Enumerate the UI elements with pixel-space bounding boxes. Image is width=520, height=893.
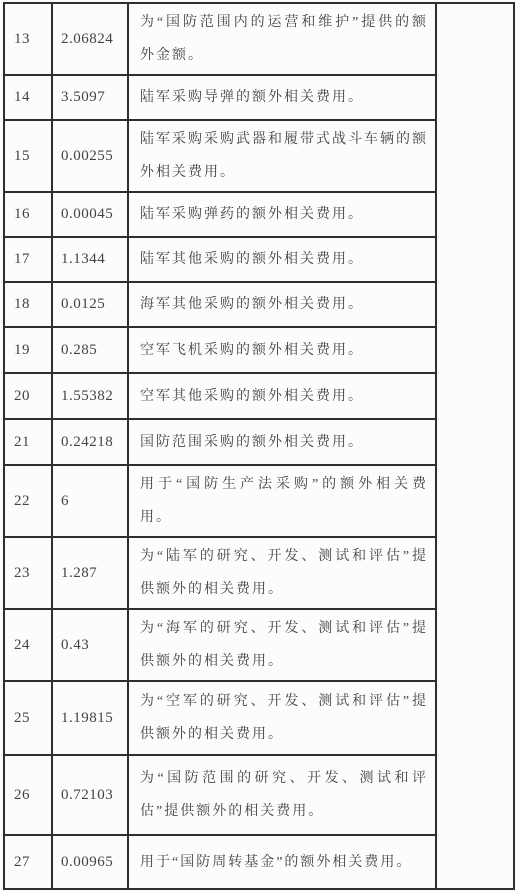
- description-cell: 为“海军的研究、开发、测试和评估”提供额外的相关费用。: [129, 610, 435, 680]
- row-number-cell: 21: [5, 420, 53, 464]
- description-cell: 海军其他采购的额外相关费用。: [129, 283, 435, 326]
- description-cell: 国防范围采购的额外相关费用。: [129, 420, 435, 464]
- description-text: 陆军其他采购的额外相关费用。: [140, 243, 428, 276]
- table-row-18: 18 0.0125 海军其他采购的额外相关费用。: [5, 283, 435, 328]
- table-row-24: 24 0.43 为“海军的研究、开发、测试和评估”提供额外的相关费用。: [5, 610, 435, 682]
- row-number-cell: 27: [5, 836, 53, 888]
- amount-cell: 0.00255: [53, 121, 129, 191]
- description-text: 用于“国防生产法采购”的额外相关费用。: [140, 468, 428, 534]
- table-row-19: 19 0.285 空军飞机采购的额外相关费用。: [5, 328, 435, 374]
- description-cell: 用于“国防周转基金”的额外相关费用。: [129, 836, 435, 888]
- description-text: 陆军采购导弹的额外相关费用。: [140, 81, 428, 114]
- description-text: 为“空军的研究、开发、测试和评估”提供额外的相关费用。: [140, 685, 428, 751]
- amount-cell: 0.00965: [53, 836, 129, 888]
- amount-cell: 0.285: [53, 328, 129, 372]
- table-row-14: 14 3.5097 陆军采购导弹的额外相关费用。: [5, 76, 435, 121]
- description-cell: 空军其他采购的额外相关费用。: [129, 374, 435, 418]
- row-number-cell: 19: [5, 328, 53, 372]
- description-cell: 陆军采购导弹的额外相关费用。: [129, 76, 435, 119]
- row-number-cell: 17: [5, 238, 53, 281]
- description-cell: 为“国防范围内的运营和维护”提供的额外金额。: [129, 4, 435, 74]
- amount-cell: 0.72103: [53, 756, 129, 834]
- description-cell: 空军飞机采购的额外相关费用。: [129, 328, 435, 372]
- row-number-cell: 14: [5, 76, 53, 119]
- empty-right-column: [437, 4, 513, 888]
- row-number-cell: 15: [5, 121, 53, 191]
- description-text: 陆军采购弹药的额外相关费用。: [140, 198, 428, 231]
- description-text: 陆军采购采购武器和履带式战斗车辆的额外相关费用。: [140, 123, 428, 189]
- row-number-cell: 13: [5, 4, 53, 74]
- table-row-26: 26 0.72103 为“国防范围的研究、开发、测试和评估”提供额外的相关费用。: [5, 756, 435, 836]
- data-table: 13 2.06824 为“国防范围内的运营和维护”提供的额外金额。 14 3.5…: [3, 2, 515, 890]
- description-text: 空军其他采购的额外相关费用。: [140, 380, 428, 413]
- description-text: 国防范围采购的额外相关费用。: [140, 426, 428, 459]
- table-row-22: 22 6 用于“国防生产法采购”的额外相关费用。: [5, 466, 435, 538]
- table-row-21: 21 0.24218 国防范围采购的额外相关费用。: [5, 420, 435, 466]
- description-text: 为“国防范围内的运营和维护”提供的额外金额。: [140, 6, 428, 72]
- amount-cell: 1.1344: [53, 238, 129, 281]
- amount-cell: 0.00045: [53, 193, 129, 236]
- amount-cell: 0.24218: [53, 420, 129, 464]
- table-row-16: 16 0.00045 陆军采购弹药的额外相关费用。: [5, 193, 435, 238]
- table-row-13: 13 2.06824 为“国防范围内的运营和维护”提供的额外金额。: [5, 4, 435, 76]
- description-cell: 为“国防范围的研究、开发、测试和评估”提供额外的相关费用。: [129, 756, 435, 834]
- description-cell: 陆军其他采购的额外相关费用。: [129, 238, 435, 281]
- row-number-cell: 26: [5, 756, 53, 834]
- description-cell: 为“空军的研究、开发、测试和评估”提供额外的相关费用。: [129, 682, 435, 754]
- row-number-cell: 16: [5, 193, 53, 236]
- row-number-cell: 18: [5, 283, 53, 326]
- table-row-25: 25 1.19815 为“空军的研究、开发、测试和评估”提供额外的相关费用。: [5, 682, 435, 756]
- table-row-17: 17 1.1344 陆军其他采购的额外相关费用。: [5, 238, 435, 283]
- row-number-cell: 25: [5, 682, 53, 754]
- description-cell: 陆军采购弹药的额外相关费用。: [129, 193, 435, 236]
- row-number-cell: 22: [5, 466, 53, 536]
- amount-cell: 1.287: [53, 538, 129, 608]
- amount-cell: 6: [53, 466, 129, 536]
- amount-cell: 2.06824: [53, 4, 129, 74]
- amount-cell: 1.55382: [53, 374, 129, 418]
- row-number-cell: 24: [5, 610, 53, 680]
- table-row-27: 27 0.00965 用于“国防周转基金”的额外相关费用。: [5, 836, 435, 888]
- amount-cell: 0.43: [53, 610, 129, 680]
- amount-cell: 3.5097: [53, 76, 129, 119]
- amount-cell: 1.19815: [53, 682, 129, 754]
- description-text: 为“国防范围的研究、开发、测试和评估”提供额外的相关费用。: [140, 762, 428, 828]
- row-number-cell: 23: [5, 538, 53, 608]
- description-cell: 为“陆军的研究、开发、测试和评估”提供额外的相关费用。: [129, 538, 435, 608]
- table-row-15: 15 0.00255 陆军采购采购武器和履带式战斗车辆的额外相关费用。: [5, 121, 435, 193]
- amount-cell: 0.0125: [53, 283, 129, 326]
- description-text: 为“陆军的研究、开发、测试和评估”提供额外的相关费用。: [140, 540, 428, 606]
- description-text: 用于“国防周转基金”的额外相关费用。: [140, 846, 428, 879]
- description-cell: 陆军采购采购武器和履带式战斗车辆的额外相关费用。: [129, 121, 435, 191]
- description-cell: 用于“国防生产法采购”的额外相关费用。: [129, 466, 435, 536]
- description-text: 为“海军的研究、开发、测试和评估”提供额外的相关费用。: [140, 612, 428, 678]
- table-row-23: 23 1.287 为“陆军的研究、开发、测试和评估”提供额外的相关费用。: [5, 538, 435, 610]
- row-number-cell: 20: [5, 374, 53, 418]
- description-text: 空军飞机采购的额外相关费用。: [140, 334, 428, 367]
- table-row-20: 20 1.55382 空军其他采购的额外相关费用。: [5, 374, 435, 420]
- description-text: 海军其他采购的额外相关费用。: [140, 288, 428, 321]
- scanned-document-page: 13 2.06824 为“国防范围内的运营和维护”提供的额外金额。 14 3.5…: [0, 0, 520, 893]
- table-main-columns: 13 2.06824 为“国防范围内的运营和维护”提供的额外金额。 14 3.5…: [5, 4, 437, 888]
